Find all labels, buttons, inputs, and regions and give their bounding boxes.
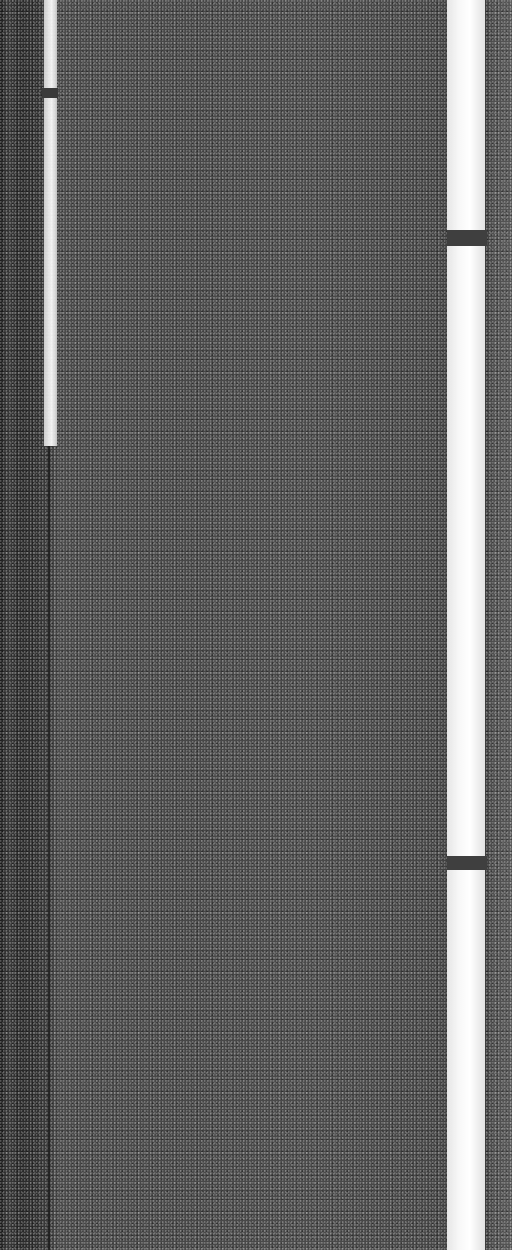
left-line-wear-gap <box>42 88 58 98</box>
right-dash-segment-2 <box>447 246 485 856</box>
right-dash-gap-2 <box>447 856 487 870</box>
left-lane-line <box>44 0 57 446</box>
asphalt-texture <box>0 0 512 1250</box>
right-dash-segment-1 <box>447 0 485 230</box>
right-dash-gap-1 <box>447 230 487 246</box>
road-surface-photo <box>0 0 512 1250</box>
right-dash-segment-3 <box>447 870 485 1250</box>
pavement-crack <box>48 446 50 1250</box>
